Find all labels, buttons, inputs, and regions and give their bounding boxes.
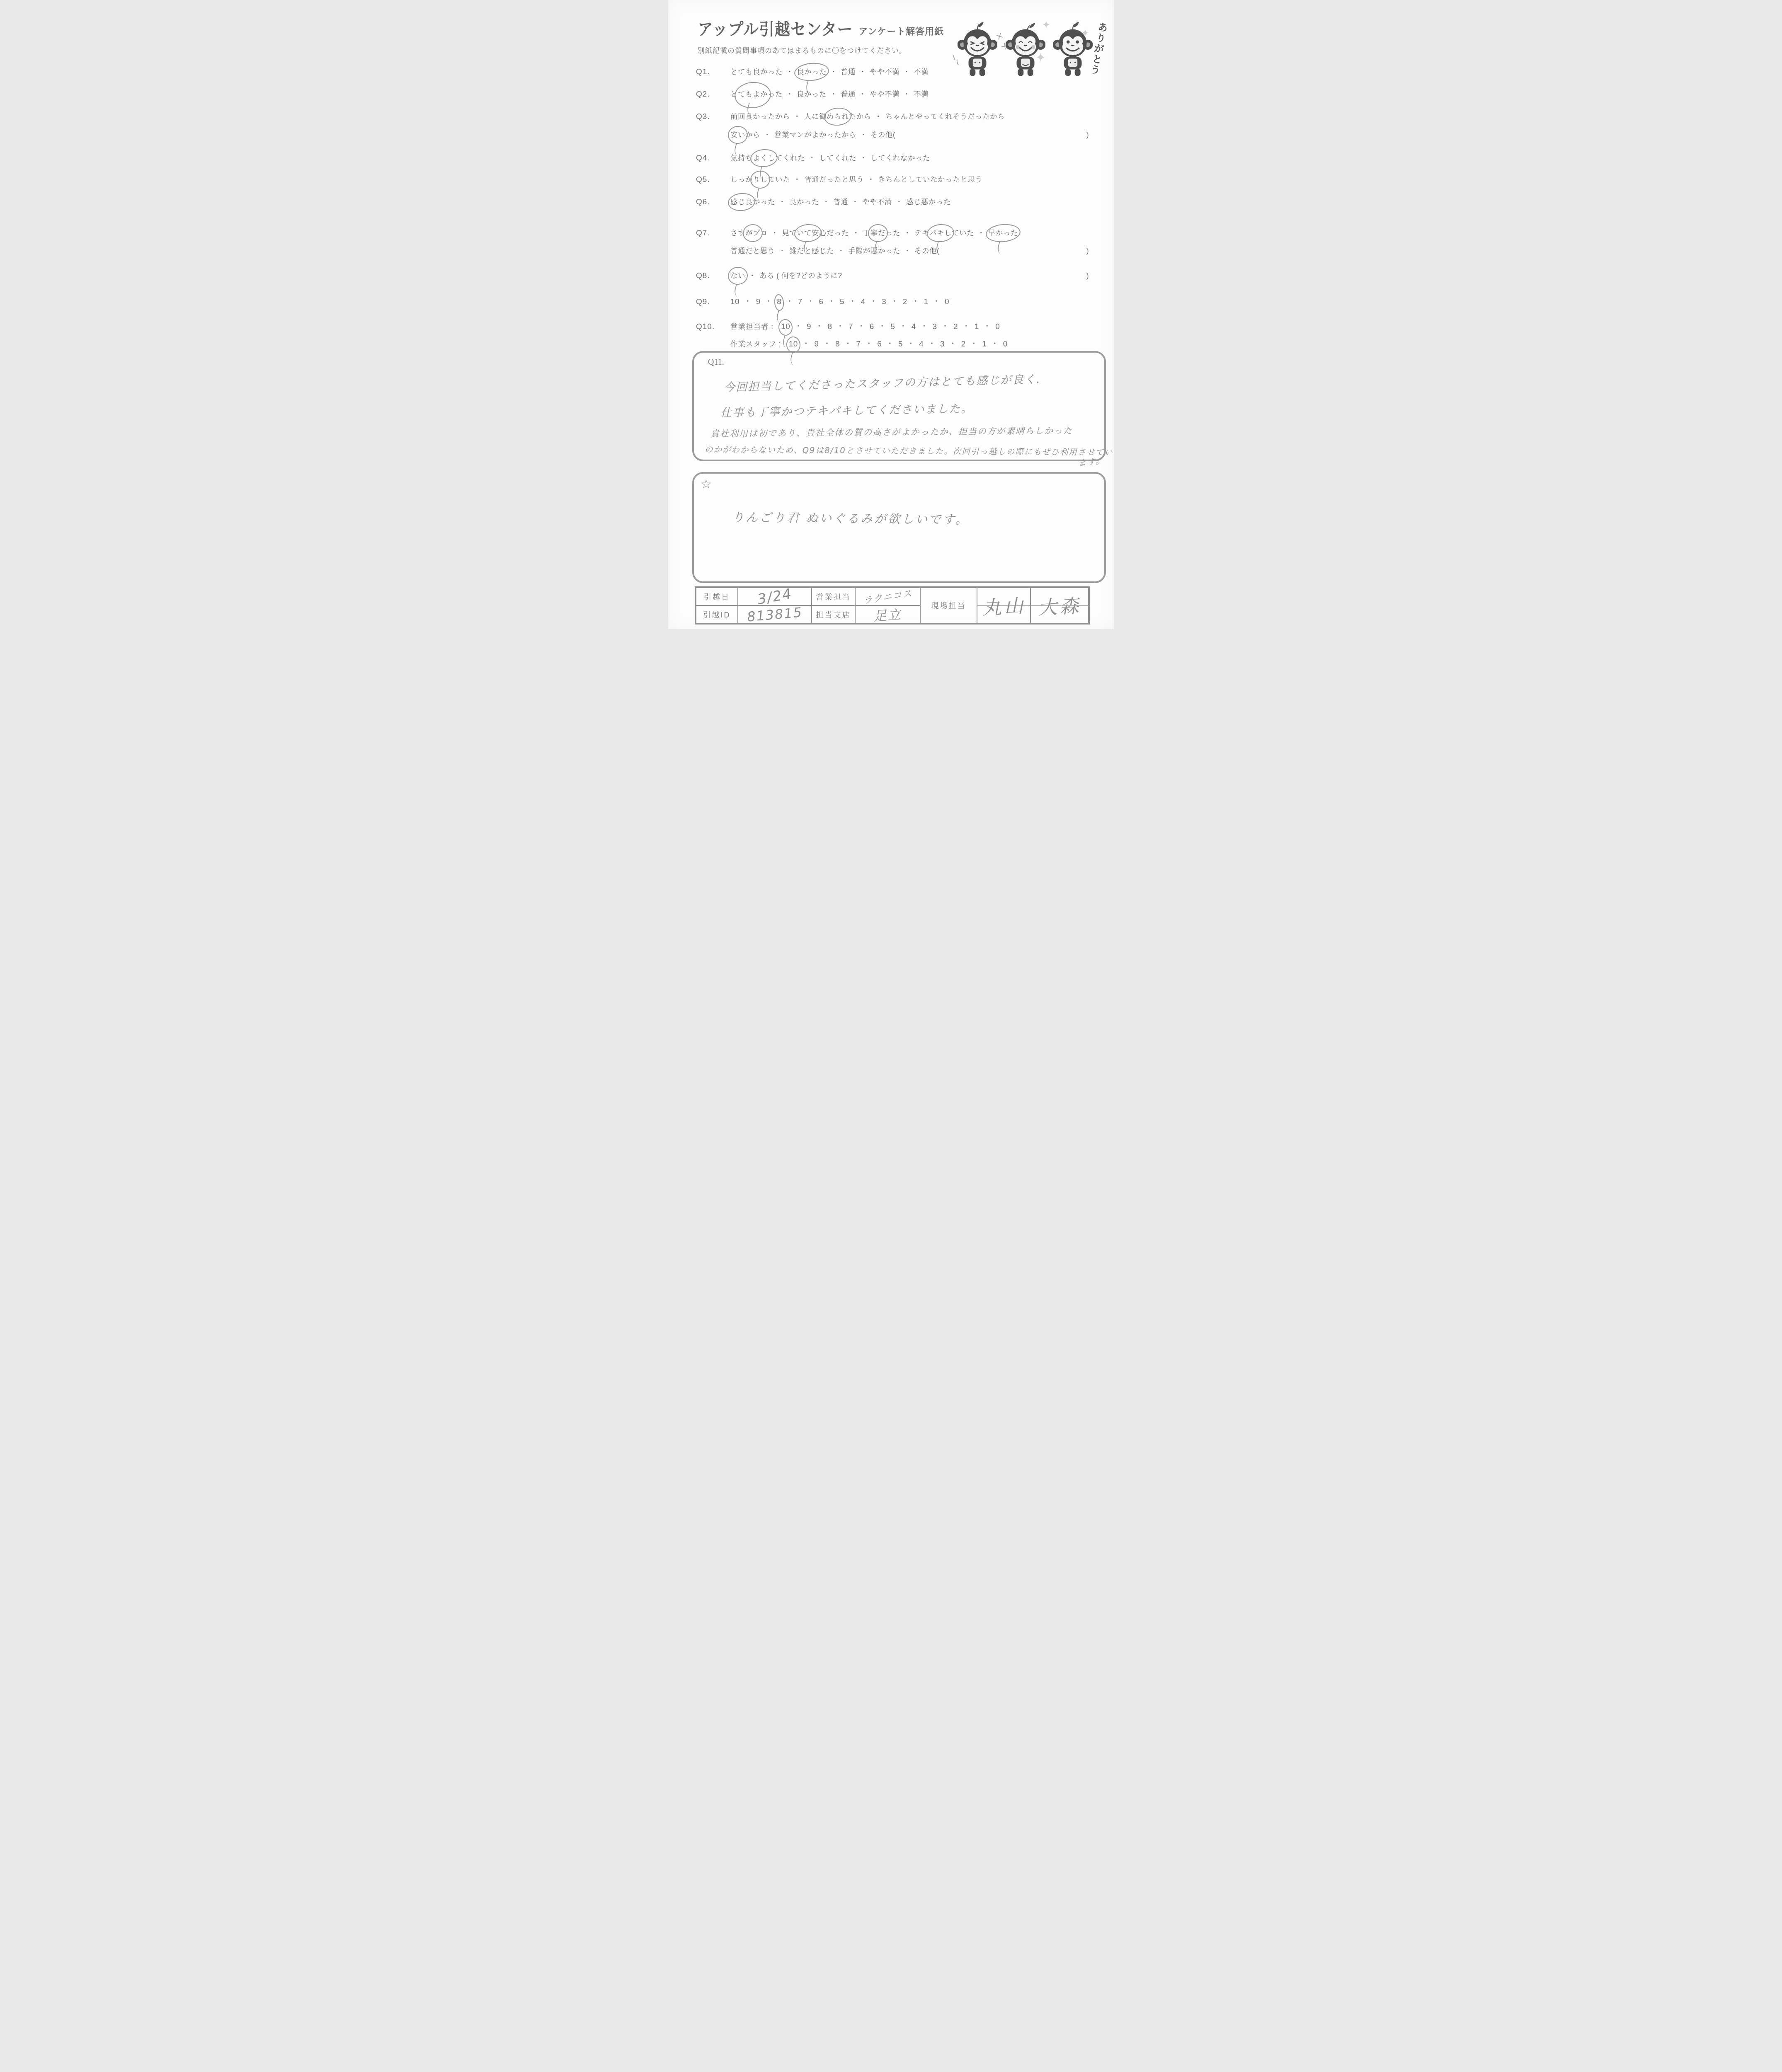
question-id: Q5. <box>696 175 730 184</box>
site-label-cell: 現場担当 <box>920 588 977 623</box>
option-separator: ・ <box>895 196 903 207</box>
option: 雑だと感じた <box>789 245 834 256</box>
circled-option: 10 <box>789 340 798 349</box>
handwritten-branch: 足立 <box>873 604 902 625</box>
option: 良かった <box>797 89 827 99</box>
option: 1 <box>924 298 928 307</box>
question-options: しっかりしていた・普通だったと思う・きちんとしていなかったと思う <box>730 174 1094 184</box>
option: 普通だと思う <box>730 245 775 256</box>
option-separator: ・ <box>899 320 907 332</box>
option: とてもよかった <box>730 89 783 99</box>
option: 営業マンがよかったから <box>774 129 856 140</box>
option-separator: ・ <box>903 66 910 77</box>
option-separator: ・ <box>765 295 773 307</box>
option-separator: ・ <box>870 295 878 307</box>
option-separator: ・ <box>875 111 882 121</box>
option: やや不満 <box>862 196 892 207</box>
option: 5 <box>840 298 844 307</box>
option-separator: ・ <box>852 228 860 238</box>
circled-option-part: パキし <box>929 228 952 238</box>
option: 9 <box>807 322 811 332</box>
option-separator: ・ <box>859 89 866 99</box>
star-comment-box: ☆ りんごり君 ぬいぐるみが欲しいです。 <box>692 472 1106 583</box>
brand-title: アップル引越センター <box>698 16 853 40</box>
branch-label-cell: 担当支店 <box>812 605 855 623</box>
circled-option-part: いて安 <box>797 228 819 238</box>
circled-option-part: 感じ良 <box>730 196 753 207</box>
circled-option-part: てもよか <box>738 89 768 99</box>
sheet-title: アンケート解答用紙 <box>858 26 944 36</box>
circled-option-part: よくし <box>753 152 775 163</box>
site-name-cell-2: 大森 <box>1030 588 1089 623</box>
question-id: Q6. <box>696 198 730 207</box>
option-separator: ・ <box>802 338 810 349</box>
option-separator: ・ <box>807 295 815 307</box>
option: 5 <box>890 322 895 332</box>
option: その他( <box>870 129 895 140</box>
sales-label-cell: 営業担当 <box>812 588 855 605</box>
option-separator: ・ <box>823 338 831 349</box>
question-options: 安いから・営業マンがよかったから・その他() <box>730 129 1094 140</box>
handwritten-text-overflow: ます。 <box>1077 454 1105 469</box>
option-separator: ・ <box>849 295 857 307</box>
option: 見ていて安心だった <box>782 228 849 238</box>
question-id: Q4. <box>696 154 730 163</box>
option: ある ( 何を?どのように? <box>759 270 842 281</box>
handwritten-move-id: 813815 <box>747 604 803 625</box>
question-row-q7: Q7. さすがプロ・見ていて安心だった・丁寧だった・テキパキしていた・早かった <box>696 228 1094 238</box>
option: 8 <box>835 340 840 349</box>
option-separator: ・ <box>970 338 978 349</box>
option-separator: ・ <box>983 320 992 332</box>
option-separator: ・ <box>962 320 970 332</box>
option: 2 <box>953 322 958 332</box>
question-options: 感じ良かった・良かった・普通・やや不満・感じ悪かった <box>730 196 1094 207</box>
q11-comment-box: Q11. 今回担当してくださったスタッフの方はとても感じが良く. 仕事も丁寧かつ… <box>692 351 1106 461</box>
option-separator: ・ <box>859 66 866 77</box>
option: 4 <box>861 298 866 307</box>
option: 3 <box>932 322 937 332</box>
option-separator: ・ <box>890 295 899 307</box>
option: きちんとしていなかったと思う <box>878 174 982 184</box>
option-separator: ・ <box>836 320 845 332</box>
option: 8 <box>827 322 832 332</box>
branch-label: 担当支店 <box>816 609 851 620</box>
option-separator: ・ <box>932 295 941 307</box>
question-row-q7-cont: 普通だと思う・雑だと感じた・手際が悪かった・その他() <box>696 245 1094 256</box>
option-separator: ・ <box>904 245 911 256</box>
option: 丁寧だった <box>863 228 900 238</box>
handwritten-text: りんごり君 ぬいぐるみが欲しいです。 <box>732 508 969 528</box>
option: 1 <box>982 340 987 349</box>
circled-option: ない <box>730 270 745 281</box>
option-separator: ・ <box>778 196 786 207</box>
option: 感じ良かった <box>730 196 775 207</box>
option: 不満 <box>914 89 929 99</box>
option: ちゃんとやってくれそうだったから <box>885 111 1005 121</box>
option: 人に勧められたから <box>804 111 871 121</box>
option: とても良かった <box>730 66 783 77</box>
option: 6 <box>870 322 874 332</box>
option: 普通 <box>841 66 856 77</box>
question-id: Q8. <box>696 271 730 281</box>
sparkle-icon: ✦ <box>1042 19 1050 31</box>
closing-paren: ) <box>1086 271 1089 280</box>
option: 6 <box>819 298 823 307</box>
option: 7 <box>849 322 853 332</box>
option: 気持ちよくしてくれた <box>730 152 805 163</box>
circled-option: 良かった <box>797 66 827 77</box>
question-row-q6: Q6. 感じ良かった・良かった・普通・やや不満・感じ悪かった <box>696 196 1094 207</box>
option: やや不満 <box>870 66 899 77</box>
circled-option: 10 <box>781 322 790 332</box>
option-separator: ・ <box>771 228 778 238</box>
option: 2 <box>903 298 907 307</box>
option: 2 <box>961 340 966 349</box>
option: 3 <box>882 298 886 307</box>
option-separator: ・ <box>912 295 920 307</box>
star-icon: ☆ <box>701 477 712 491</box>
option-separator: ・ <box>904 228 911 238</box>
handwritten-text: 仕事も丁寧かつテキパキしてくださいました。 <box>720 399 973 420</box>
closing-paren: ) <box>1086 247 1089 255</box>
option-separator: ・ <box>860 152 867 163</box>
option-separator: ・ <box>907 338 915 349</box>
question-options: とても良かった・良かった・普通・やや不満・不満 <box>730 66 1094 77</box>
option: 0 <box>995 322 1000 332</box>
option-separator: ・ <box>793 111 801 121</box>
option-separator: ・ <box>808 152 816 163</box>
option-separator: ・ <box>830 89 837 99</box>
handwritten-text: のかがわからないため、Q9は8/10とさせていただきました。次回引っ越しの際にも… <box>705 443 1114 457</box>
site-name-cell-1: 丸山 <box>977 588 1030 623</box>
move-id-label: 引越ID <box>703 609 731 620</box>
option-separator: ・ <box>764 129 771 140</box>
option: 4 <box>912 322 916 332</box>
circled-option-part: がプ <box>745 228 760 238</box>
question-row-q2: Q2. とてもよかった・良かった・普通・やや不満・不満 <box>696 89 1094 99</box>
option: 0 <box>1003 340 1008 349</box>
question-row-q8: Q8. ない・ある ( 何を?どのように?) <box>696 270 1094 281</box>
option-separator: ・ <box>857 320 866 332</box>
question-row-q10-staff: 作業スタッフ :10・9・8・7・6・5・4・3・2・1・0 <box>696 338 1094 349</box>
option: 感じ悪かった <box>906 196 951 207</box>
option-separator: ・ <box>794 320 803 332</box>
question-options: とてもよかった・良かった・普通・やや不満・不満 <box>730 89 1094 99</box>
question-row-q4: Q4. 気持ちよくしてくれた・してくれた・してくれなかった <box>696 152 1094 163</box>
handwritten-move-date: 3/24 <box>756 585 793 608</box>
option: 安いから <box>730 129 760 140</box>
option: その他( <box>914 245 939 256</box>
option: 普通 <box>833 196 848 207</box>
option: 5 <box>898 340 903 349</box>
instruction-text: 別紙記載の質問事項のあてはまるものに〇をつけてください。 <box>698 45 944 55</box>
option: 不満 <box>914 66 929 77</box>
option-separator: ・ <box>920 320 929 332</box>
option: 普通だったと思う <box>804 174 864 184</box>
option-separator: ・ <box>941 320 950 332</box>
handwritten-sales-name: ラクニコス <box>862 586 913 607</box>
option-separator: ・ <box>837 245 845 256</box>
option: してくれた <box>819 152 856 163</box>
option: やや不満 <box>870 89 899 99</box>
question-row-q9: Q9. 10・9・8・7・6・5・4・3・2・1・0 <box>696 295 1094 307</box>
option-separator: ・ <box>991 338 999 349</box>
option: テキパキしていた <box>914 228 974 238</box>
handwritten-site-name: 丸山 <box>982 591 1026 620</box>
circled-option-part: 安い <box>730 129 745 140</box>
question-options: さすがプロ・見ていて安心だった・丁寧だった・テキパキしていた・早かった <box>730 228 1094 238</box>
question-row-q3: Q3. 前回良かったから・人に勧められたから・ちゃんとやってくれそうだったから <box>696 111 1094 121</box>
question-id: Q2. <box>696 90 730 99</box>
option: 前回良かったから <box>730 111 790 121</box>
question-row-q10-sales: Q10. 営業担当者 :10・9・8・7・6・5・4・3・2・1・0 <box>696 320 1094 332</box>
option-separator: ・ <box>867 174 875 184</box>
circled-option-part: りし <box>753 174 768 184</box>
move-date-label: 引越日 <box>704 591 730 602</box>
circled-option: 早かった <box>988 228 1018 238</box>
footer-table: 引越日 3/24 営業担当 ラクニコス 現場担当 丸山 大森 引越ID 8138… <box>695 586 1090 625</box>
move-id-value-cell: 813815 <box>738 605 812 623</box>
question-options: ない・ある ( 何を?どのように?) <box>730 270 1094 281</box>
question-id: Q9. <box>696 298 730 307</box>
option-separator: ・ <box>949 338 957 349</box>
circled-option-part: められ <box>827 111 849 121</box>
question-id: Q3. <box>696 112 730 121</box>
option: 手際が悪かった <box>848 245 900 256</box>
option-separator: ・ <box>744 295 752 307</box>
move-date-value-cell: 3/24 <box>738 588 812 605</box>
scale-label: 営業担当者 : <box>730 321 773 332</box>
option: 普通 <box>841 89 856 99</box>
sales-value-cell: ラクニコス <box>855 588 920 605</box>
option-separator: ・ <box>793 174 801 184</box>
site-label: 現場担当 <box>931 600 966 611</box>
option: 9 <box>814 340 819 349</box>
circled-option: 8 <box>777 298 781 307</box>
option: 9 <box>756 298 761 307</box>
option: 良かった <box>789 196 819 207</box>
survey-sheet: アップル引越センターアンケート解答用紙 別紙記載の質問事項のあてはまるものに〇を… <box>668 0 1114 629</box>
handwritten-text: 貴社利用は初であり、貴社全体の質の高さがよかったか、担当の方が素晴らしかった <box>710 424 1073 440</box>
option-separator: ・ <box>815 320 824 332</box>
question-id: Q1. <box>696 68 730 77</box>
handwritten-text: 今回担当してくださったスタッフの方はとても感じが良く. <box>724 370 1041 395</box>
option-separator: ・ <box>928 338 936 349</box>
question-id: Q7. <box>696 229 730 238</box>
circled-option-part: 寧だ <box>870 228 885 238</box>
option-separator: ・ <box>830 66 837 77</box>
question-row-q5: Q5. しっかりしていた・普通だったと思う・きちんとしていなかったと思う <box>696 174 1094 184</box>
question-options: 営業担当者 :10・9・8・7・6・5・4・3・2・1・0 <box>730 320 1094 332</box>
option: 3 <box>940 340 945 349</box>
question-options: 前回良かったから・人に勧められたから・ちゃんとやってくれそうだったから <box>730 111 1094 121</box>
header: アップル引越センターアンケート解答用紙 別紙記載の質問事項のあてはまるものに〇を… <box>698 17 944 55</box>
option-separator: ・ <box>786 66 793 77</box>
option-separator: ・ <box>977 228 985 238</box>
option-separator: ・ <box>865 338 873 349</box>
option-separator: ・ <box>903 89 910 99</box>
option: 4 <box>919 340 924 349</box>
question-options: 作業スタッフ :10・9・8・7・6・5・4・3・2・1・0 <box>730 338 1094 349</box>
option-separator: ・ <box>786 89 793 99</box>
option-separator: ・ <box>886 338 894 349</box>
handwritten-site-name: 大森 <box>1037 591 1081 620</box>
closing-paren: ) <box>1086 131 1089 139</box>
sparkle-icon: ✦ <box>1035 51 1046 65</box>
option-separator: ・ <box>860 129 867 140</box>
question-options: 10・9・8・7・6・5・4・3・2・1・0 <box>730 295 1094 307</box>
move-date-label-cell: 引越日 <box>696 588 738 605</box>
scale-label: 作業スタッフ : <box>730 339 781 349</box>
option: してくれなかった <box>870 152 930 163</box>
option-separator: ・ <box>822 196 830 207</box>
option: 7 <box>798 298 803 307</box>
option: 6 <box>877 340 882 349</box>
question-options: 気持ちよくしてくれた・してくれた・してくれなかった <box>730 152 1094 163</box>
question-options: 普通だと思う・雑だと感じた・手際が悪かった・その他() <box>730 245 1094 256</box>
option-separator: ・ <box>778 245 786 256</box>
option: 1 <box>975 322 979 332</box>
question-row-q1: Q1. とても良かった・良かった・普通・やや不満・不満 <box>696 66 1094 77</box>
q11-label: Q11. <box>708 358 724 367</box>
option-separator: ・ <box>844 338 852 349</box>
option: さすがプロ <box>730 228 768 238</box>
sales-label: 営業担当 <box>816 591 851 602</box>
branch-value-cell: 足立 <box>855 605 920 623</box>
option: 10 <box>730 298 739 307</box>
option: 0 <box>945 298 949 307</box>
option-separator: ・ <box>878 320 887 332</box>
question-row-q3-cont: 安いから・営業マンがよかったから・その他() <box>696 129 1094 140</box>
option: 7 <box>856 340 861 349</box>
option-separator: ・ <box>828 295 836 307</box>
option-separator: ・ <box>749 270 756 281</box>
option: しっかりしていた <box>730 174 790 184</box>
move-id-label-cell: 引越ID <box>696 605 738 623</box>
question-id: Q10. <box>696 322 730 332</box>
option-separator: ・ <box>851 196 859 207</box>
option-separator: ・ <box>786 295 794 307</box>
